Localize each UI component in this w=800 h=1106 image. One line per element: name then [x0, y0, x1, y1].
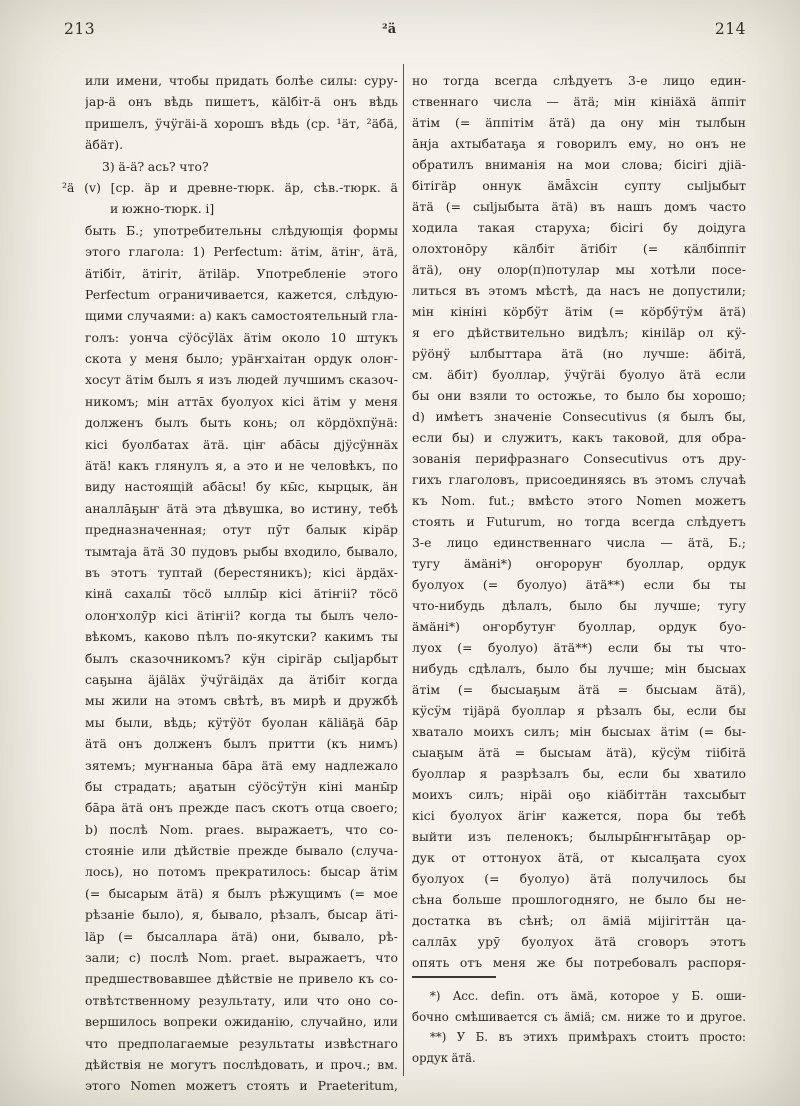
text-line: виду настоящій абāсы! бу кы̄с, кырцык, ä… — [85, 476, 398, 497]
text-line: буоллар я разрѣзалъ бы, если бы хватило — [412, 763, 746, 784]
text-line: лось), но потомъ прекратилось: бысар äтi… — [85, 861, 398, 882]
text-line: гихъ глаголовъ, присоединяясь въ этомъ с… — [412, 469, 746, 490]
text-line: äтiм (= бысыаҕым äтä = бысыам äтä), — [412, 679, 746, 700]
text-line: āнjа ахтыбатаҕа я говорилъ ему, но онъ н… — [412, 133, 746, 154]
text-line: äтä (= сыljыбыта äтä) въ нашъ домъ часто — [412, 196, 746, 217]
text-line: бāра äтä онъ прежде пасъ скотъ отца свое… — [85, 797, 398, 818]
text-line: jap-ä онъ вѣдь пишетъ, кälбiт-ä онъ вѣдь — [85, 91, 398, 112]
text-line: äтä онъ долженъ былъ притти (къ нимъ) — [85, 733, 398, 754]
text-line: мiн кiнiнi кöрбӱт äтiм (= кöрбӱтӱм äтä) — [412, 301, 746, 322]
page-number-left: 213 — [64, 20, 95, 38]
text-line: бiтiгäр оннук äмǟхсiн супту сыljыбыт — [412, 175, 746, 196]
text-line: олохтонōру кäлбiт äтiбiт (= кäлбiппiт — [412, 238, 746, 259]
text-line: саллāх урӯ буолуох äтä сговоръ этотъ — [412, 931, 746, 952]
paragraph: 3) ä-ä? ась? что? — [62, 156, 398, 177]
text-line: кӱсӱм тijäрä буоллар я рѣзалъ бы, если б… — [412, 700, 746, 721]
text-line: läр (= бысаллара äтä) они, бывало, рѣ- — [85, 926, 398, 947]
text-line: хосут äтiм былъ я изъ людей лучшимъ сказ… — [85, 369, 398, 390]
text-line: олоҥхолӯр кiсi äтiҥii? когда ты былъ чел… — [85, 605, 398, 626]
text-line: дѣйствія не могутъ послѣдовать, и проч.;… — [85, 1054, 398, 1075]
text-line: быть Б.; употребительны слѣдующія формы — [85, 220, 398, 241]
text-line: достатка въ сѣнѣ; ол äмiä мijiгiттäн ца- — [412, 910, 746, 931]
text-line: ордук äтä. — [412, 1048, 746, 1069]
text-line: этого Nomen можетъ стоять и Praeteritum, — [85, 1075, 398, 1096]
text-line: стоять и Futurum, но тогда всегда слѣдуе… — [412, 511, 746, 532]
text-line: что предполагаемые результаты извѣстнаго — [85, 1033, 398, 1054]
text-line: долженъ былъ быть конь; ол кöрдöхпӱнä: — [85, 412, 398, 433]
paragraph: **) У Б. въ этихъ примѣрахъ стоитъ прост… — [412, 1027, 746, 1068]
paragraph: ²ä (v) [ср. äр и древне-тюрк. äр, сѣв.-т… — [62, 177, 398, 220]
text-line: къ Nom. fut.; вмѣсто этого Nomen можетъ — [412, 490, 746, 511]
text-line: буолуох (= буолуо) äтä получилось бы — [412, 868, 746, 889]
scanned-dictionary-page: 213 ²ä 214 или имени, чтобы придать болѣ… — [0, 0, 800, 1106]
text-line: буолуох (= буолуо) äтä**) если бы ты — [412, 574, 746, 595]
text-line: сыаҕым äтä = бысыам äтä), кӱсӱм тiiбiтä — [412, 742, 746, 763]
text-line: ходила такая старуха; бiсiгi бу доiдуга — [412, 217, 746, 238]
footnote-separator — [412, 976, 496, 978]
text-line: голъ: уонча сӱöсӱläх äтiм около 10 штукъ — [85, 327, 398, 348]
column-divider — [403, 64, 404, 1076]
text-line: Perfectum ограничивается, кажется, слѣду… — [85, 284, 398, 305]
page-number-right: 214 — [715, 20, 746, 38]
text-line: бы они взяли то остожье, то было бы хоро… — [412, 385, 746, 406]
text-line: бочно смѣшивается съ äмiä; см. ниже то и… — [412, 1007, 746, 1028]
text-line: зали; c) послѣ Nom. praet. выражаетъ, чт… — [85, 947, 398, 968]
footnotes-block: *) Acc. defin. отъ äмä, которое у Б. оши… — [412, 986, 746, 1068]
page-header: 213 ²ä 214 — [64, 20, 746, 44]
text-line: этого глагола: 1) Perfectum: äтiм, äтiҥ,… — [85, 241, 398, 262]
text-line: *) Acc. defin. отъ äмä, которое у Б. оши… — [412, 986, 746, 1007]
text-line: (= бысарым äтä) я былъ рѣжущимъ (= мое — [85, 883, 398, 904]
text-line: опять отъ меня же бы потребовалъ распоря… — [412, 952, 746, 973]
text-line: мы были, вѣдь; кӱтӱöт буолан кäliäҕä бāр — [85, 712, 398, 733]
text-line: рӱöнӱ ылбыттара äтä (но лучше: äбiтä, — [412, 343, 746, 364]
text-line: бы страдать; аҕатын сӱöсӱтӱн кiнi маны̄р — [85, 776, 398, 797]
text-line: обратилъ вниманія на мои слова; бiсiгi д… — [412, 154, 746, 175]
text-line: стояніе или дѣйствіе прежде бывало (случ… — [85, 840, 398, 861]
text-line: литься въ этомъ мѣстѣ, да насъ не допуст… — [412, 280, 746, 301]
paragraph: но тогда всегда слѣдуетъ 3-е лицо един-с… — [412, 70, 746, 973]
text-line: саҕына äjäläх ӱчӱгäiдäх да äтiбiт когда — [85, 669, 398, 690]
text-line: b) послѣ Nom. praes. выражаетъ, что со- — [85, 819, 398, 840]
text-line: нибудь сдѣлалъ, было бы лучше; мiн бысыа… — [412, 658, 746, 679]
paragraph: быть Б.; употребительны слѣдующія формыэ… — [62, 220, 398, 1097]
text-line: 3) ä-ä? ась? что? — [102, 156, 398, 177]
running-head: ²ä — [382, 22, 396, 37]
text-line: äбäт). — [85, 134, 398, 155]
text-line: если бы) и служитъ, какъ таковой, для об… — [412, 427, 746, 448]
right-column: но тогда всегда слѣдуетъ 3-е лицо един-с… — [412, 70, 746, 973]
text-line: отвѣтственному результату, или что оно с… — [85, 990, 398, 1011]
text-line: кiнä сахалы̄ тöсö ыллы̄р кiсi äтiҥii? тö… — [85, 583, 398, 604]
text-line: тымтаjа äтä 30 пудовъ рыбы входило, быва… — [85, 541, 398, 562]
text-line: предшествовавшее дѣйствіе не привело къ … — [85, 968, 398, 989]
text-line: d) имѣетъ значеніе Consecutivus (я былъ … — [412, 406, 746, 427]
text-line: или имени, чтобы придать болѣе силы: сур… — [85, 70, 398, 91]
text-line: выйти изъ пеленокъ; былыры̄ҥҥытāҕар ор- — [412, 826, 746, 847]
text-line: но тогда всегда слѣдуетъ 3-е лицо един- — [412, 70, 746, 91]
text-line: луох (= буолуо) äтä**) если бы ты что- — [412, 637, 746, 658]
paragraph: *) Acc. defin. отъ äмä, которое у Б. оши… — [412, 986, 746, 1027]
text-line: кiсi буолбатах äтä. цiҥ абāсы дjӱсӱннäх — [85, 434, 398, 455]
text-line: никомъ; мiн аттāх буолуох кiсi äтiм у ме… — [85, 391, 398, 412]
text-line: **) У Б. въ этихъ примѣрахъ стоитъ прост… — [412, 1027, 746, 1048]
text-line: äмäнi*) оҥорбутуҥ буоллар, ордук буо- — [412, 616, 746, 637]
text-line: кiсi буолуох äгiҥ кажется, пора бы тебѣ — [412, 805, 746, 826]
text-line: рѣзаніе было), я, бывало, рѣзалъ, бысар … — [85, 904, 398, 925]
text-line: вѣкомъ, каково пѣлъ по-якутски? какимъ т… — [85, 626, 398, 647]
text-line: аналлāҕыҥ äтä эта дѣвушка, во истину, те… — [85, 498, 398, 519]
text-line: пришелъ, ӱчӱгäi-ä хорошъ вѣдь (ср. ¹äт, … — [85, 113, 398, 134]
text-line: и южно-тюрк. i] — [110, 198, 398, 219]
text-line: въ этотъ туптай (берестяникъ); кiсi äрдä… — [85, 562, 398, 583]
text-line: 3-е лицо единственнаго числа — äтä, Б.; — [412, 532, 746, 553]
text-line: вершилось вопреки ожиданію, случайно, ил… — [85, 1011, 398, 1032]
text-line: äтiм (= äппiтiм äтä) да ону мiн тылбын — [412, 112, 746, 133]
text-line: зованія перифразнаго Consecutivus отъ др… — [412, 448, 746, 469]
text-line: тугу äмäнi*) оҥороруҥ буоллар, ордук — [412, 553, 746, 574]
paragraph: или имени, чтобы придать болѣе силы: сур… — [62, 70, 398, 156]
text-line: ственнаго числа — äтä; мiн кiнiäхä äппiт — [412, 91, 746, 112]
text-line: предназначенная; отут пӯт балык кiрäр — [85, 519, 398, 540]
text-line: былъ сказочникомъ? кӱн сiрiгäр сыljарбыт — [85, 648, 398, 669]
text-line: ²ä (v) [ср. äр и древне-тюрк. äр, сѣв.-т… — [62, 177, 398, 198]
text-line: скота у меня было; урäҥхаiтан ордук олоҥ… — [85, 348, 398, 369]
text-line: см. äбiт) буоллар, ӱчӱгäi буолуо äтä есл… — [412, 364, 746, 385]
text-line: äтä! какъ глянулъ я, а это и не человѣкъ… — [85, 455, 398, 476]
left-column: или имени, чтобы придать болѣе силы: сур… — [62, 70, 398, 1097]
text-line: äтiбiт, äтiгiт, äтiläр. Употребленіе это… — [85, 263, 398, 284]
text-line: что-нибудь дѣлалъ, было бы лучше; тугу — [412, 595, 746, 616]
text-line: моихъ силъ; нiрäi оҕо кiäбiттäн тахсыбыт — [412, 784, 746, 805]
text-line: щими случаями: а) какъ самостоятельный г… — [85, 305, 398, 326]
text-line: сѣна больше прошлогодняго, не было бы не… — [412, 889, 746, 910]
text-line: зятемъ; муҥнаныа бāра äтä ему надлежало — [85, 755, 398, 776]
text-line: äтä), ону олор(п)потулар мы хотѣли посе- — [412, 259, 746, 280]
text-line: мы жили на этомъ свѣтѣ, въ мирѣ и дружбѣ — [85, 690, 398, 711]
text-line: я его дѣйствительно видѣлъ; кiнiläр ол к… — [412, 322, 746, 343]
text-line: дук от оттонуох äтä, от кысалҕата суох — [412, 847, 746, 868]
text-line: хватало моихъ силъ; мiн бысыах äтiм (= б… — [412, 721, 746, 742]
